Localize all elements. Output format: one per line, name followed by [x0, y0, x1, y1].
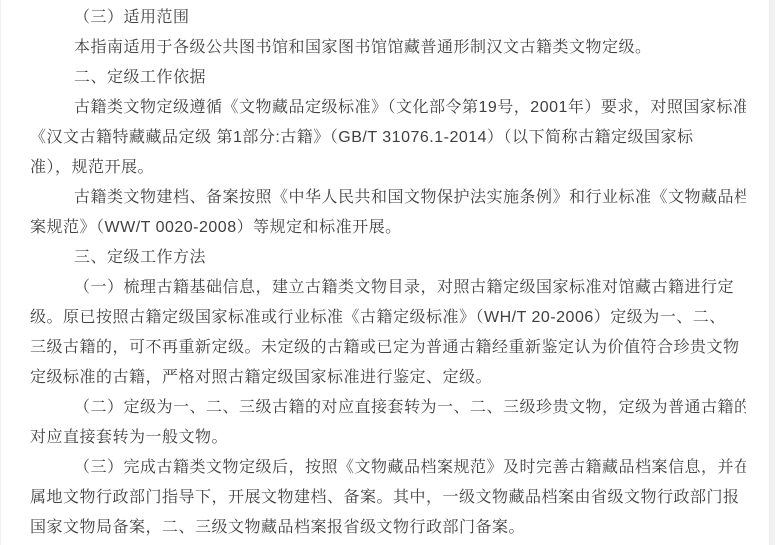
paragraph-line: 属地文物行政部门指导下，开展文物建档、备案。其中，一级文物藏品档案由省级文物行政…: [30, 483, 746, 513]
paragraph-line: （二）定级为一、二、三级古籍的对应直接套转为一、二、三级珍贵文物，定级为普通古籍…: [30, 393, 746, 423]
paragraph-line: 三级古籍的，可不再重新定级。未定级的古籍或已定为普通古籍经重新鉴定认为价值符合珍…: [30, 333, 746, 363]
paragraph-line: （三）完成古籍类文物定级后，按照《文物藏品档案规范》及时完善古籍藏品档案信息，并…: [30, 453, 746, 483]
paragraph-line: 准），规范开展。: [30, 153, 746, 183]
paragraph-line: 国家文物局备案，二、三级文物藏品档案报省级文物行政部门备案。: [30, 513, 746, 543]
paragraph-line: 级。原已按照古籍定级国家标准或行业标准《古籍定级标准》（WH/T 20-2006…: [30, 303, 746, 333]
heading-grading-method: 三、定级工作方法: [30, 243, 746, 273]
paragraph-line: 定级标准的古籍，严格对照古籍定级国家标准进行鉴定、定级。: [30, 363, 746, 393]
paragraph-line: 《汉文古籍特藏藏品定级 第1部分:古籍》（GB/T 31076.1-2014）（…: [30, 123, 746, 153]
paragraph-line: 本指南适用于各级公共图书馆和国家图书馆馆藏普通形制汉文古籍类文物定级。: [30, 33, 746, 63]
paragraph-line: 案规范》（WW/T 0020-2008）等规定和标准开展。: [30, 213, 746, 243]
page-left-edge: [0, 0, 1, 545]
paragraph-line: 古籍类文物定级遵循《文物藏品定级标准》（文化部令第19号，2001年）要求，对照…: [30, 93, 746, 123]
document-body: （三）适用范围 本指南适用于各级公共图书馆和国家图书馆馆藏普通形制汉文古籍类文物…: [30, 3, 746, 543]
paragraph-line: 古籍类文物建档、备案按照《中华人民共和国文物保护法实施条例》和行业标准《文物藏品…: [30, 183, 746, 213]
paragraph-line: （一）梳理古籍基础信息，建立古籍类文物目录，对照古籍定级国家标准对馆藏古籍进行定: [30, 273, 746, 303]
heading-grading-basis: 二、定级工作依据: [30, 63, 746, 93]
heading-applicable-scope: （三）适用范围: [30, 3, 746, 33]
paragraph-line: 对应直接套转为一般文物。: [30, 423, 746, 453]
page-right-edge-strip: [769, 0, 775, 545]
